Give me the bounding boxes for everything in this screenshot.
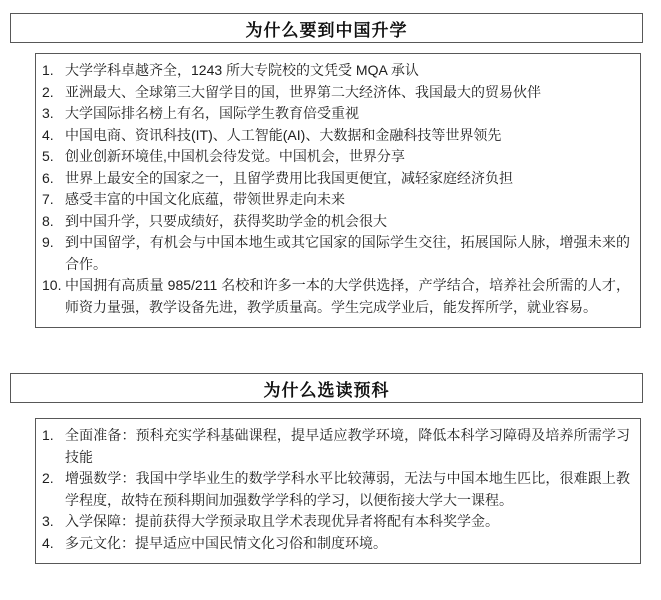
section-content-box: 1. 全面准备：预科充实学科基础课程，提早适应教学环境，降低本科学习障碍及培养所… (35, 418, 641, 564)
item-text: 入学保障：提前获得大学预录取且学术表现优异者将配有本科奖学金。 (65, 513, 499, 529)
item-number: 7. (42, 189, 54, 211)
list-item: 1. 全面准备：预科充实学科基础课程，提早适应教学环境，降低本科学习障碍及培养所… (42, 425, 630, 468)
item-number: 5. (42, 146, 54, 168)
item-text: 到中国留学，有机会与中国本地生或其它国家的国际学生交往，拓展国际人脉，增强未来的… (65, 234, 630, 272)
item-number: 1. (42, 425, 54, 447)
item-text: 亚洲最大、全球第三大留学目的国，世界第二大经济体、我国最大的贸易伙伴 (65, 84, 541, 100)
item-number: 8. (42, 211, 54, 233)
item-text: 全面准备：预科充实学科基础课程，提早适应教学环境，降低本科学习障碍及培养所需学习… (65, 427, 630, 465)
item-number: 9. (42, 232, 54, 254)
list-item: 7. 感受丰富的中国文化底蕴，带领世界走向未来 (42, 189, 630, 211)
item-number: 2. (42, 468, 54, 490)
item-text: 增强数学：我国中学毕业生的数学学科水平比较薄弱，无法与中国本地生匹比，很难跟上教… (65, 470, 630, 508)
item-number: 10. (42, 275, 61, 297)
item-number: 6. (42, 168, 54, 190)
item-text: 中国拥有高质量 985/211 名校和许多一本的大学供选择，产学结合，培养社会所… (65, 277, 630, 315)
list-item: 3. 大学国际排名榜上有名，国际学生教育倍受重视 (42, 103, 630, 125)
reason-list: 1. 全面准备：预科充实学科基础课程，提早适应教学环境，降低本科学习障碍及培养所… (42, 425, 630, 554)
document-page: 为什么要到中国升学 1. 大学学科卓越齐全，1243 所大专院校的文凭受 MQA… (0, 13, 661, 564)
section-title-box: 为什么要到中国升学 (10, 13, 643, 43)
section-why-study-in-china: 为什么要到中国升学 1. 大学学科卓越齐全，1243 所大专院校的文凭受 MQA… (0, 13, 661, 328)
list-item: 3. 入学保障：提前获得大学预录取且学术表现优异者将配有本科奖学金。 (42, 511, 630, 533)
item-text: 感受丰富的中国文化底蕴，带领世界走向未来 (65, 191, 345, 207)
list-item: 8. 到中国升学，只要成绩好，获得奖助学金的机会很大 (42, 211, 630, 233)
item-text: 到中国升学，只要成绩好，获得奖助学金的机会很大 (65, 213, 387, 229)
item-text: 世界上最安全的国家之一，且留学费用比我国更便宜，减轻家庭经济负担 (65, 170, 513, 186)
list-item: 4. 多元文化：提早适应中国民情文化习俗和制度环境。 (42, 533, 630, 555)
section-why-foundation: 为什么选读预科 1. 全面准备：预科充实学科基础课程，提早适应教学环境，降低本科… (0, 373, 661, 564)
list-item: 4. 中国电商、资讯科技(IT)、人工智能(AI)、大数据和金融科技等世界领先 (42, 125, 630, 147)
item-number: 3. (42, 511, 54, 533)
list-item: 5. 创业创新环境佳,中国机会待发觉。中国机会，世界分享 (42, 146, 630, 168)
list-item: 2. 增强数学：我国中学毕业生的数学学科水平比较薄弱，无法与中国本地生匹比，很难… (42, 468, 630, 511)
section-title-box: 为什么选读预科 (10, 373, 643, 403)
item-text: 中国电商、资讯科技(IT)、人工智能(AI)、大数据和金融科技等世界领先 (65, 127, 501, 143)
item-text: 大学学科卓越齐全，1243 所大专院校的文凭受 MQA 承认 (65, 62, 419, 78)
item-number: 4. (42, 125, 54, 147)
list-item: 2. 亚洲最大、全球第三大留学目的国，世界第二大经济体、我国最大的贸易伙伴 (42, 82, 630, 104)
item-text: 创业创新环境佳,中国机会待发觉。中国机会，世界分享 (65, 148, 405, 164)
section-title: 为什么选读预科 (264, 376, 390, 401)
item-text: 大学国际排名榜上有名，国际学生教育倍受重视 (65, 105, 359, 121)
item-number: 2. (42, 82, 54, 104)
item-text: 多元文化：提早适应中国民情文化习俗和制度环境。 (65, 535, 387, 551)
list-item: 6. 世界上最安全的国家之一，且留学费用比我国更便宜，减轻家庭经济负担 (42, 168, 630, 190)
reason-list: 1. 大学学科卓越齐全，1243 所大专院校的文凭受 MQA 承认 2. 亚洲最… (42, 60, 630, 318)
item-number: 1. (42, 60, 54, 82)
item-number: 3. (42, 103, 54, 125)
list-item: 10. 中国拥有高质量 985/211 名校和许多一本的大学供选择，产学结合，培… (42, 275, 630, 318)
list-item: 1. 大学学科卓越齐全，1243 所大专院校的文凭受 MQA 承认 (42, 60, 630, 82)
section-title: 为什么要到中国升学 (246, 16, 408, 41)
list-item: 9. 到中国留学，有机会与中国本地生或其它国家的国际学生交往，拓展国际人脉，增强… (42, 232, 630, 275)
item-number: 4. (42, 533, 54, 555)
section-content-box: 1. 大学学科卓越齐全，1243 所大专院校的文凭受 MQA 承认 2. 亚洲最… (35, 53, 641, 328)
